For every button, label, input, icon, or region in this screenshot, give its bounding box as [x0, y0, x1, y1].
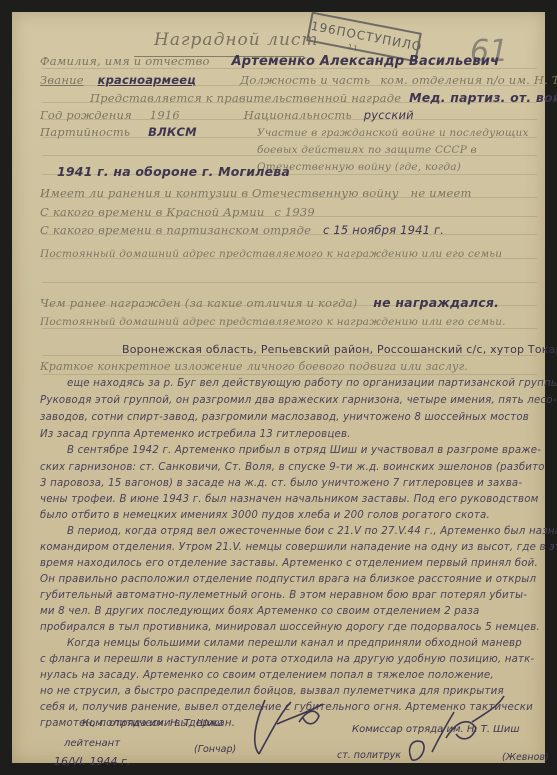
narrative-line: было отбито в немецких имениях 3000 пудо… [40, 510, 490, 521]
narrative-line: ских гарнизонов: ст. Санковичи, Ст. Воля… [40, 462, 545, 473]
stamp-prefix: 196 [310, 19, 338, 38]
row-partisan: С какого времени в партизанском отряде с… [40, 223, 444, 237]
summary-label: Краткое конкретное изложение личного бое… [40, 360, 468, 373]
signing-date: 16/VI. 1944 г. [54, 755, 130, 768]
birth-year-value: 1916 [150, 108, 180, 122]
narrative-line: 3 паровоза, 15 вагонов) в засаде на ж.д.… [40, 478, 522, 489]
narrative-line: пробирался в тыл противника, минировал ш… [40, 622, 540, 633]
wounds-value: не имеет [411, 186, 472, 200]
row-wounds: Имеет ли ранения и контузии в Отечествен… [40, 186, 472, 200]
narrative-line: Из засад группа Артеменко истребила 13 г… [40, 429, 351, 440]
row-birth: Год рождения 1916 Национальность русский [40, 108, 414, 122]
row-prior-awards: Чем ранее награжден (за какие отличия и … [40, 295, 499, 310]
home-address-label-2: Постоянный домашний адрес представляемог… [40, 312, 530, 333]
commander-title: Ком. отряда им. Н. Т. Шиш [82, 718, 223, 729]
narrative-line: Когда немцы большими силами перешли кана… [67, 638, 522, 649]
wounds-label: Имеет ли ранения и контузии в Отечествен… [40, 186, 399, 200]
narrative-line: еще находясь за р. Буг вел действующую р… [67, 378, 557, 389]
commander-rank: лейтенант [64, 738, 120, 749]
prior-awards-label: Чем ранее награжден (за какие отличия и … [40, 296, 357, 310]
row-party: Партийность ВЛКСМ [40, 125, 197, 139]
stamp-sub: 11 [347, 43, 359, 53]
narrative-line: заводов, сотни спирт-завод, разгромили м… [40, 412, 529, 423]
row-rank: Звание красноармеец Должность и часть ко… [40, 73, 557, 87]
narrative-line: В сентябре 1942 г. Артеменко прибыл в от… [67, 445, 541, 456]
narrative-line: ми 8 чел. В других последующих боях Арте… [40, 606, 479, 617]
row-home-address-value: Воронежская область, Репьевский район, Р… [122, 342, 557, 356]
nominated-value: Мед. партиз. от. войн. II ст. [409, 90, 557, 105]
party-value: ВЛКСМ [148, 125, 197, 139]
row-full-name: Фамилия, имя и отчество Артеменко Алекса… [40, 54, 499, 69]
award-sheet-paper: Наградной лист 196ПОСТУПИЛО 11 61 Фамили… [12, 12, 545, 763]
commissar-signature [402, 682, 522, 772]
full-name-value: Артеменко Александр Васильевич [231, 54, 499, 69]
narrative-line: командиром отделения. Утром 21.V. немцы … [40, 542, 557, 553]
civil-war-value: 1941 г. на обороне г. Могилева [57, 164, 290, 179]
position-label: Должность и часть [240, 73, 371, 87]
narrative-line: с фланга и перешли в наступление и рота … [40, 654, 534, 665]
commander-signature [237, 682, 332, 762]
civil-war-label: Участие в гражданской войне и последующи… [257, 125, 542, 176]
rank-value: красноармеец [98, 73, 196, 87]
row-nominated: Представляется к правительственной награ… [90, 90, 557, 105]
row-red-army: С какого времени в Красной Армии с 1939 [40, 205, 315, 219]
narrative-line: Руководя этой группой, он разгромил два … [40, 395, 557, 406]
home-address-label-1: Постоянный домашний адрес представляемог… [40, 244, 530, 264]
full-name-label: Фамилия, имя и отчество [40, 54, 210, 68]
narrative-line: время находилось его отделение заставы. … [40, 558, 538, 569]
narrative-line: чены трофеи. В июне 1943 г. был назначен… [40, 494, 539, 505]
narrative-line: нулась на засаду. Артеменко со своим отд… [40, 670, 494, 681]
narrative-line: губительный автоматно-пулеметный огонь. … [40, 590, 527, 601]
position-value: ком. отделения п/о им. Н. Т. Шиш [380, 73, 557, 87]
prior-awards-value: не награждался. [373, 295, 499, 310]
narrative-line: В период, когда отряд вел ожесточенные б… [67, 526, 557, 537]
birth-year-label: Год рождения [40, 108, 132, 122]
row-civil-war-value: 1941 г. на обороне г. Могилева [57, 164, 290, 179]
commissar-rank: ст. политрук [337, 750, 401, 761]
partisan-since-label: С какого времени в партизанском отряде [40, 223, 311, 237]
partisan-since-value: с 15 ноября 1941 г. [323, 223, 444, 237]
nationality-value: русский [364, 108, 414, 122]
nominated-label: Представляется к правительственной награ… [90, 91, 401, 105]
rank-label: Звание [40, 73, 84, 87]
red-army-since-label: С какого времени в Красной Армии [40, 205, 264, 219]
narrative-line: Он правильно расположил отделение подпус… [40, 574, 536, 585]
party-label: Партийность [40, 125, 130, 139]
red-army-since-value: с 1939 [274, 205, 315, 219]
home-address-value: Воронежская область, Репьевский район, Р… [122, 343, 557, 356]
document-title: Наградной лист [154, 30, 319, 50]
nationality-label: Национальность [244, 108, 352, 122]
commander-name: (Гончар) [194, 744, 236, 755]
